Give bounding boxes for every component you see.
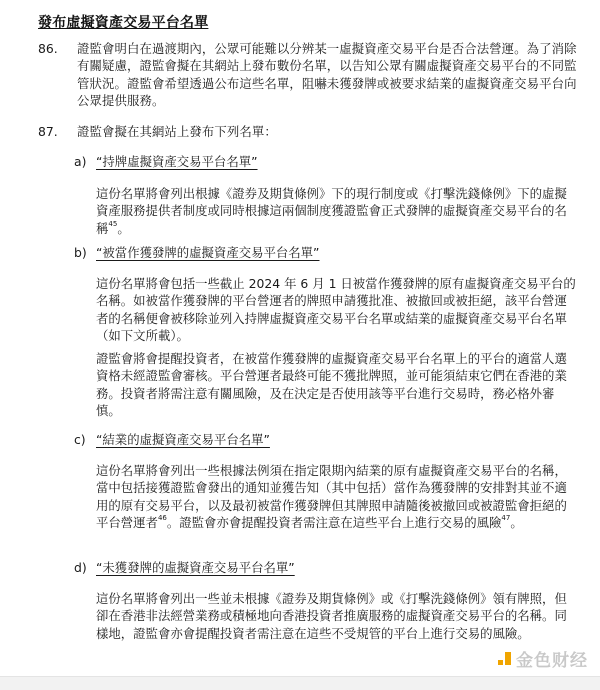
item-c-body: 這份名單將會列出一些根據法例須在指定限期內結業的原有虛擬資產交易平台的名稱，當中…: [96, 462, 578, 532]
item-b-body-2: 證監會將會提醒投資者，在被當作獲發牌的虛擬資產交易平台名單上的平台的適當人選資格…: [96, 350, 578, 420]
watermark-text: 金色财经: [516, 646, 588, 671]
item-c-title: “結業的虛擬資產交易平台名單”: [96, 431, 270, 448]
section-heading: 發布虛擬資產交易平台名單: [38, 12, 208, 32]
item-d-body: 這份名單將會列出一些並未根據《證券及期貨條例》或《打擊洗錢條例》領有牌照，但卻在…: [96, 590, 578, 642]
bottom-bar: [0, 676, 600, 690]
item-b-title: “被當作獲發牌的虛擬資產交易平台名單”: [96, 244, 319, 261]
footnote-47: 47: [501, 514, 510, 522]
paragraph-number-86: 86.: [38, 40, 58, 57]
item-c-label: c): [74, 431, 86, 448]
paragraph-number-87: 87.: [38, 123, 58, 140]
item-b-body-1: 這份名單將會包括一些截止 2024 年 6 月 1 日被當作獲發牌的原有虛擬資產…: [96, 275, 578, 345]
item-c-tail2: 。: [510, 515, 522, 530]
item-a-label: a): [74, 153, 86, 170]
item-a-title: “持牌虛擬資產交易平台名單”: [96, 153, 258, 170]
jinse-logo-icon: [498, 652, 512, 666]
paragraph-86: 證監會明白在過渡期內，公眾可能難以分辨某一虛擬資產交易平台是否合法營運。為了消除…: [77, 40, 577, 110]
item-c-tail: 。證監會亦會提醒投資者需注意在這些平台上進行交易的風險: [167, 515, 502, 530]
document-page: 發布虛擬資產交易平台名單 86. 證監會明白在過渡期內，公眾可能難以分辨某一虛擬…: [0, 0, 600, 676]
item-a-tail: 。: [117, 221, 129, 236]
item-a-text: 這份名單將會列出根據《證券及期貨條例》下的現行制度或《打擊洗錢條例》下的虛擬資產…: [96, 186, 567, 236]
watermark: 金色财经: [498, 646, 588, 671]
footnote-45: 45: [108, 220, 117, 228]
paragraph-87: 證監會擬在其網站上發布下列名單：: [77, 123, 577, 140]
item-b-label: b): [74, 244, 87, 261]
item-d-title: “未獲發牌的虛擬資產交易平台名單”: [96, 559, 295, 576]
item-a-body: 這份名單將會列出根據《證券及期貨條例》下的現行制度或《打擊洗錢條例》下的虛擬資產…: [96, 185, 578, 237]
footnote-46: 46: [158, 514, 167, 522]
item-d-label: d): [74, 559, 87, 576]
